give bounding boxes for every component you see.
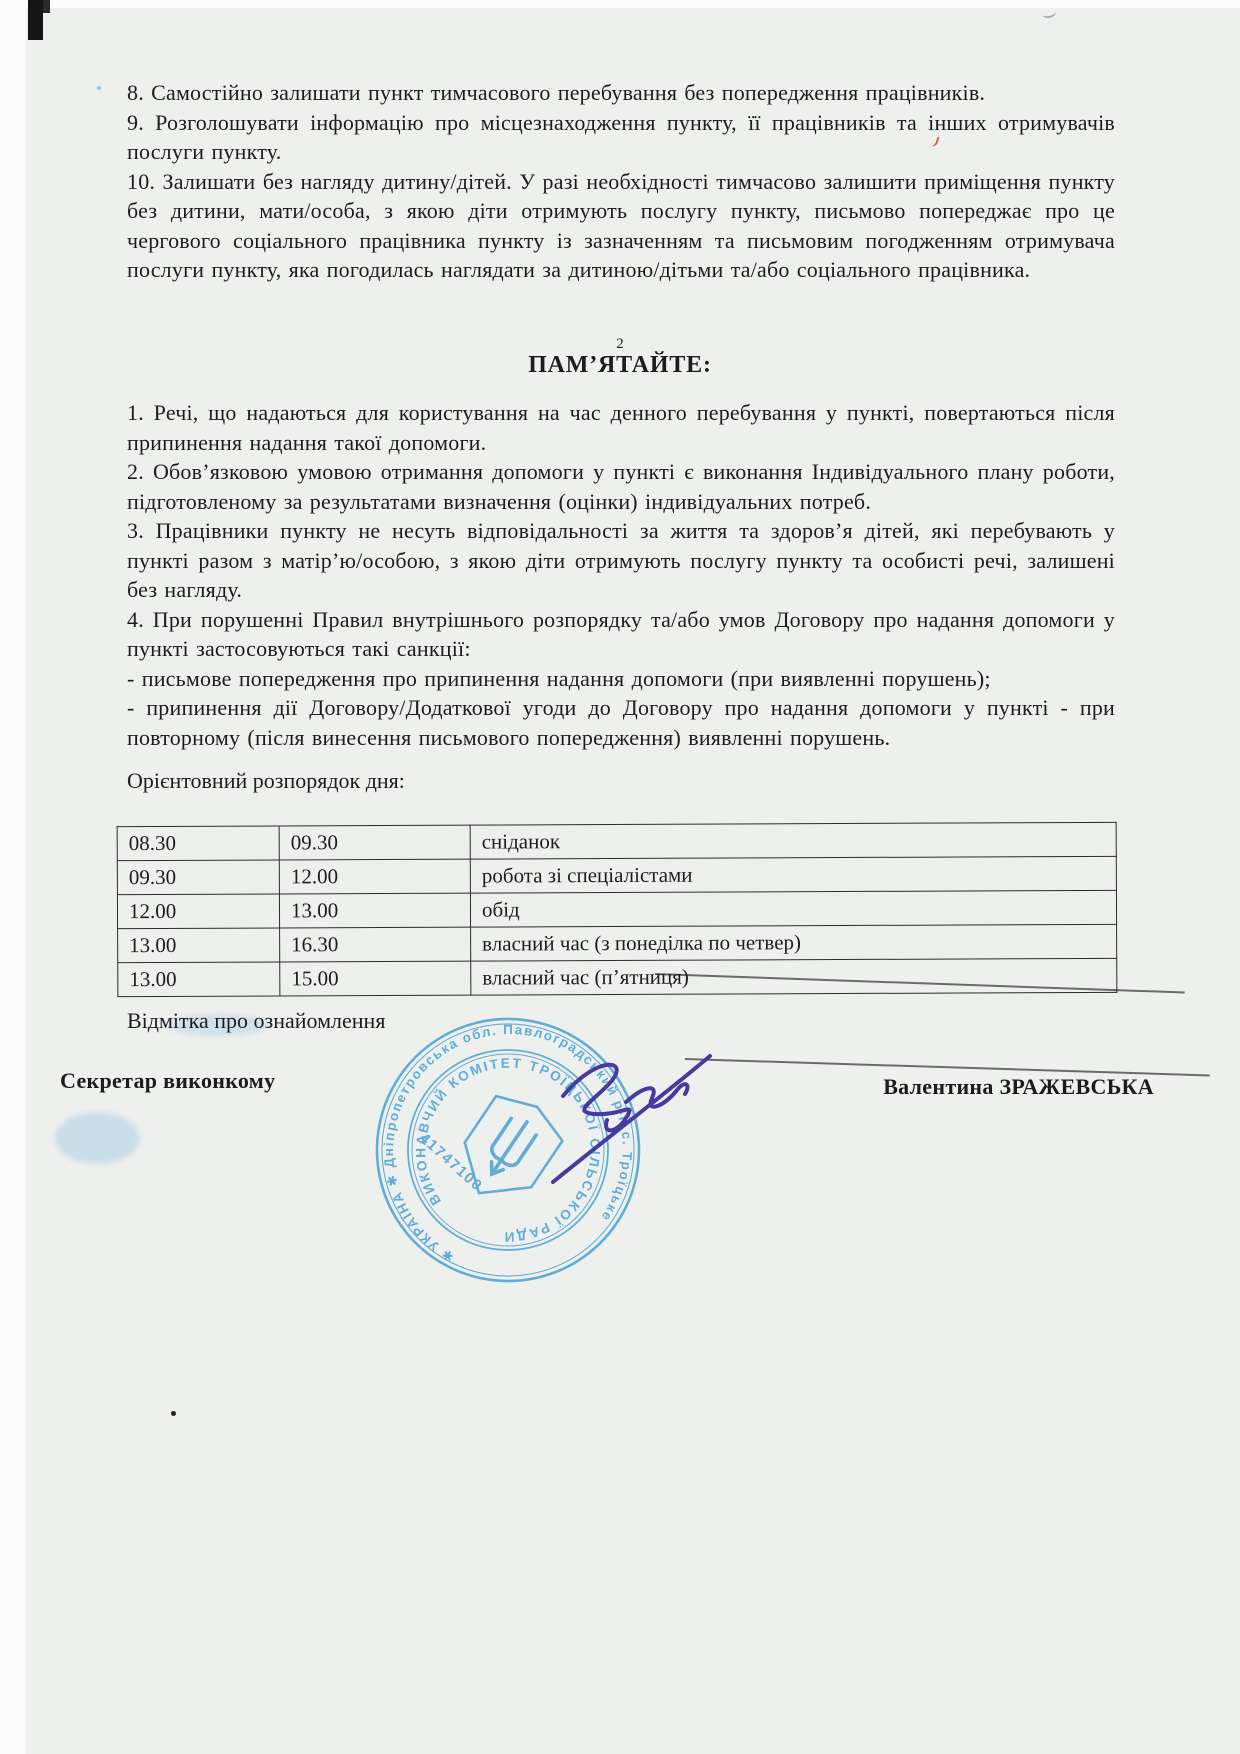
scan-corner-artifact xyxy=(28,0,43,40)
reminder-sanction-1: - письмове попередження про припинення н… xyxy=(127,664,1115,694)
reminder-item-2: 2. Обов’язковою умовою отримання допомог… xyxy=(127,457,1115,516)
reminder-item-1: 1. Речі, що надаються для користування н… xyxy=(127,398,1115,457)
schedule-start-cell: 09.30 xyxy=(117,860,279,895)
table-row: 12.00 13.00 обід xyxy=(117,890,1116,928)
scan-artifact xyxy=(55,1112,140,1164)
schedule-end-cell: 13.00 xyxy=(279,893,470,928)
schedule-start-cell: 08.30 xyxy=(117,826,279,861)
schedule-end-cell: 09.30 xyxy=(279,825,470,860)
table-row: 08.30 09.30 сніданок xyxy=(117,822,1116,860)
signatory-name: Валентина ЗРАЖЕВСЬКА xyxy=(883,1074,1154,1100)
table-row: 09.30 12.00 робота зі спеціалістами xyxy=(117,856,1116,894)
scan-artifact xyxy=(171,1411,176,1416)
scanned-document-page: { "document": { "page_number": "2", "rul… xyxy=(0,0,1240,1754)
schedule-start-cell: 13.00 xyxy=(118,928,280,963)
page-number: 2 xyxy=(0,336,1240,353)
reminder-item-3: 3. Працівники пункту не несуть відповіда… xyxy=(127,516,1115,605)
scan-artifact xyxy=(97,86,101,90)
schedule-label: Орієнтовний розпорядок дня: xyxy=(127,768,405,794)
scan-corner-artifact xyxy=(43,0,50,13)
signature-ink xyxy=(505,1038,755,1198)
schedule-activity-cell: власний час (з понеділка по четвер) xyxy=(471,924,1117,961)
section-title: ПАМ’ЯТАЙТЕ: xyxy=(0,352,1240,379)
schedule-start-cell: 13.00 xyxy=(118,962,280,997)
rule-item-8: 8. Самостійно залишати пункт тимчасового… xyxy=(127,78,1115,108)
schedule-activity-cell: обід xyxy=(470,890,1116,927)
rules-continued: 8. Самостійно залишати пункт тимчасового… xyxy=(127,78,1115,285)
acknowledgement-label: Відмітка про ознайомлення xyxy=(127,1008,385,1034)
schedule-end-cell: 16.30 xyxy=(280,927,471,962)
schedule-end-cell: 15.00 xyxy=(280,961,471,996)
scan-artifact xyxy=(1041,7,1057,20)
table-row: 13.00 16.30 власний час (з понеділка по … xyxy=(118,924,1117,962)
schedule-end-cell: 12.00 xyxy=(279,859,470,894)
scan-edge-top xyxy=(0,0,1240,8)
schedule-activity-cell: робота зі спеціалістами xyxy=(470,856,1116,893)
schedule-activity-cell: сніданок xyxy=(470,822,1116,859)
handwritten-signature xyxy=(505,1038,755,1198)
signatory-position: Секретар виконкому xyxy=(60,1068,275,1094)
reminder-list: 1. Речі, що надаються для користування н… xyxy=(127,398,1115,752)
rule-item-10: 10. Залишати без нагляду дитину/дітей. У… xyxy=(127,167,1115,285)
schedule-start-cell: 12.00 xyxy=(117,894,279,929)
scan-edge-left xyxy=(0,0,26,1754)
rule-item-9: 9. Розголошувати інформацію про місцезна… xyxy=(127,108,1115,167)
reminder-item-4: 4. При порушенні Правил внутрішнього роз… xyxy=(127,605,1115,664)
reminder-sanction-2: - припинення дії Договору/Додаткової уго… xyxy=(127,693,1115,752)
